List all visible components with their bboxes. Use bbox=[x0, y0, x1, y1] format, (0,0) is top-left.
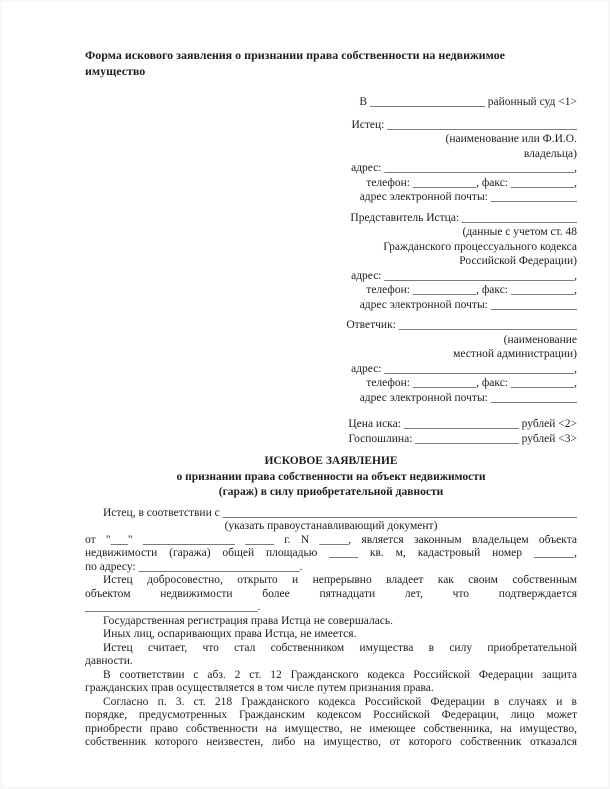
representative-block: Представитель Истца: ___________________… bbox=[332, 211, 577, 313]
document-title: Форма искового заявления о признании пра… bbox=[85, 48, 577, 79]
defendant-label-line: Ответчик: ______________________________… bbox=[332, 318, 577, 333]
plaintiff-hint-line-1: (наименование или Ф.И.О. bbox=[332, 132, 577, 147]
plaintiff-block: Истец: _________________________________… bbox=[332, 118, 577, 205]
defendant-address-line: адрес: _________________________________… bbox=[332, 362, 577, 377]
body-line-article-12-1: В соответствии с абз. 2 ст. 12 Гражданск… bbox=[85, 669, 577, 683]
defendant-hint-line-2: местной администрации) bbox=[332, 347, 577, 362]
statement-heading: ИСКОВОЕ ЗАЯВЛЕНИЕ о признании права собс… bbox=[85, 454, 577, 501]
defendant-email-line: адрес электронной почты: _______________ bbox=[332, 391, 577, 406]
defendant-block: Ответчик: ______________________________… bbox=[332, 318, 577, 405]
body-line-ownership-claim-1: Истец считает, что стал собственником им… bbox=[85, 642, 577, 656]
plaintiff-hint-line-2: владельца) bbox=[332, 147, 577, 162]
plaintiff-address-line: адрес: _________________________________… bbox=[332, 161, 577, 176]
state-duty-line: Госпошлина: __________________ рублей <3… bbox=[332, 432, 577, 447]
court-line: В ____________________ районный суд <1> bbox=[332, 95, 577, 110]
representative-address-line: адрес: _________________________________… bbox=[332, 269, 577, 284]
document-title-line-2: имущество bbox=[85, 64, 577, 80]
representative-phone-fax-line: телефон: ___________, факс: ___________, bbox=[332, 283, 577, 298]
plaintiff-phone-fax-line: телефон: ___________, факс: ___________, bbox=[332, 176, 577, 191]
document-title-line-1: Форма искового заявления о признании пра… bbox=[85, 48, 577, 64]
representative-hint-line-2: Гражданского процессуального кодекса bbox=[332, 240, 577, 255]
plaintiff-email-line: адрес электронной почты: _______________ bbox=[332, 190, 577, 205]
body-line-ownership-claim-2: давности. bbox=[85, 655, 577, 669]
plaintiff-label-line: Истец: _________________________________ bbox=[332, 118, 577, 133]
body-line-date-number: от "___" ________________ _____ г. N ___… bbox=[85, 534, 577, 548]
representative-hint-line-1: (данные с учетом ст. 48 bbox=[332, 225, 577, 240]
body-line-article-218-1: Согласно п. 3. ст. 218 Гражданского коде… bbox=[85, 696, 577, 710]
body-line-article-218-2: порядке, предусмотренных Гражданским код… bbox=[85, 709, 577, 723]
body-line-document-reference: Истец, в соответствии с ________________… bbox=[85, 507, 577, 521]
representative-hint-line-3: Российской Федерации) bbox=[332, 254, 577, 269]
body-line-document-hint: (указать правоустанавливающий документ) bbox=[85, 520, 577, 534]
body-line-article-12-2: гражданских прав осуществляется в том чи… bbox=[85, 682, 577, 696]
body-line-article-218-4: собственник которого неизвестен, либо на… bbox=[85, 736, 577, 750]
body-line-confirmation-blank: ______________________________. bbox=[85, 601, 577, 615]
header-column: В ____________________ районный суд <1> … bbox=[332, 95, 577, 446]
body-line-possession-2: объектом недвижимости более пятнадцати л… bbox=[85, 588, 577, 602]
representative-email-line: адрес электронной почты: _______________ bbox=[332, 298, 577, 313]
document-page: Форма искового заявления о признании пра… bbox=[0, 0, 610, 789]
statement-heading-line-3: (гараж) в силу приобретательной давности bbox=[85, 485, 577, 501]
defendant-phone-fax-line: телефон: ___________, факс: ___________, bbox=[332, 376, 577, 391]
body-line-article-218-3: приобрести право собственности на имущес… bbox=[85, 723, 577, 737]
body-line-no-registration: Государственная регистрация права Истца … bbox=[85, 615, 577, 629]
claim-price-line: Цена иска: ____________________ рублей <… bbox=[332, 417, 577, 432]
statement-body: Истец, в соответствии с ________________… bbox=[85, 507, 577, 750]
body-line-no-disputes: Иных лиц, оспаривающих права Истца, не и… bbox=[85, 628, 577, 642]
body-line-address-blank: по адресу: ____________________________. bbox=[85, 561, 577, 575]
defendant-hint-line-1: (наименование bbox=[332, 333, 577, 348]
fees-block: Цена иска: ____________________ рублей <… bbox=[332, 417, 577, 446]
representative-label-line: Представитель Истца: ___________________… bbox=[332, 211, 577, 226]
body-line-possession-1: Истец добросовестно, открыто и непрерывн… bbox=[85, 574, 577, 588]
statement-heading-line-1: ИСКОВОЕ ЗАЯВЛЕНИЕ bbox=[85, 454, 577, 470]
body-line-area-cadastre: недвижимости (гаража) общей площадью ___… bbox=[85, 547, 577, 561]
statement-heading-line-2: о признании права собственности на объек… bbox=[85, 470, 577, 486]
